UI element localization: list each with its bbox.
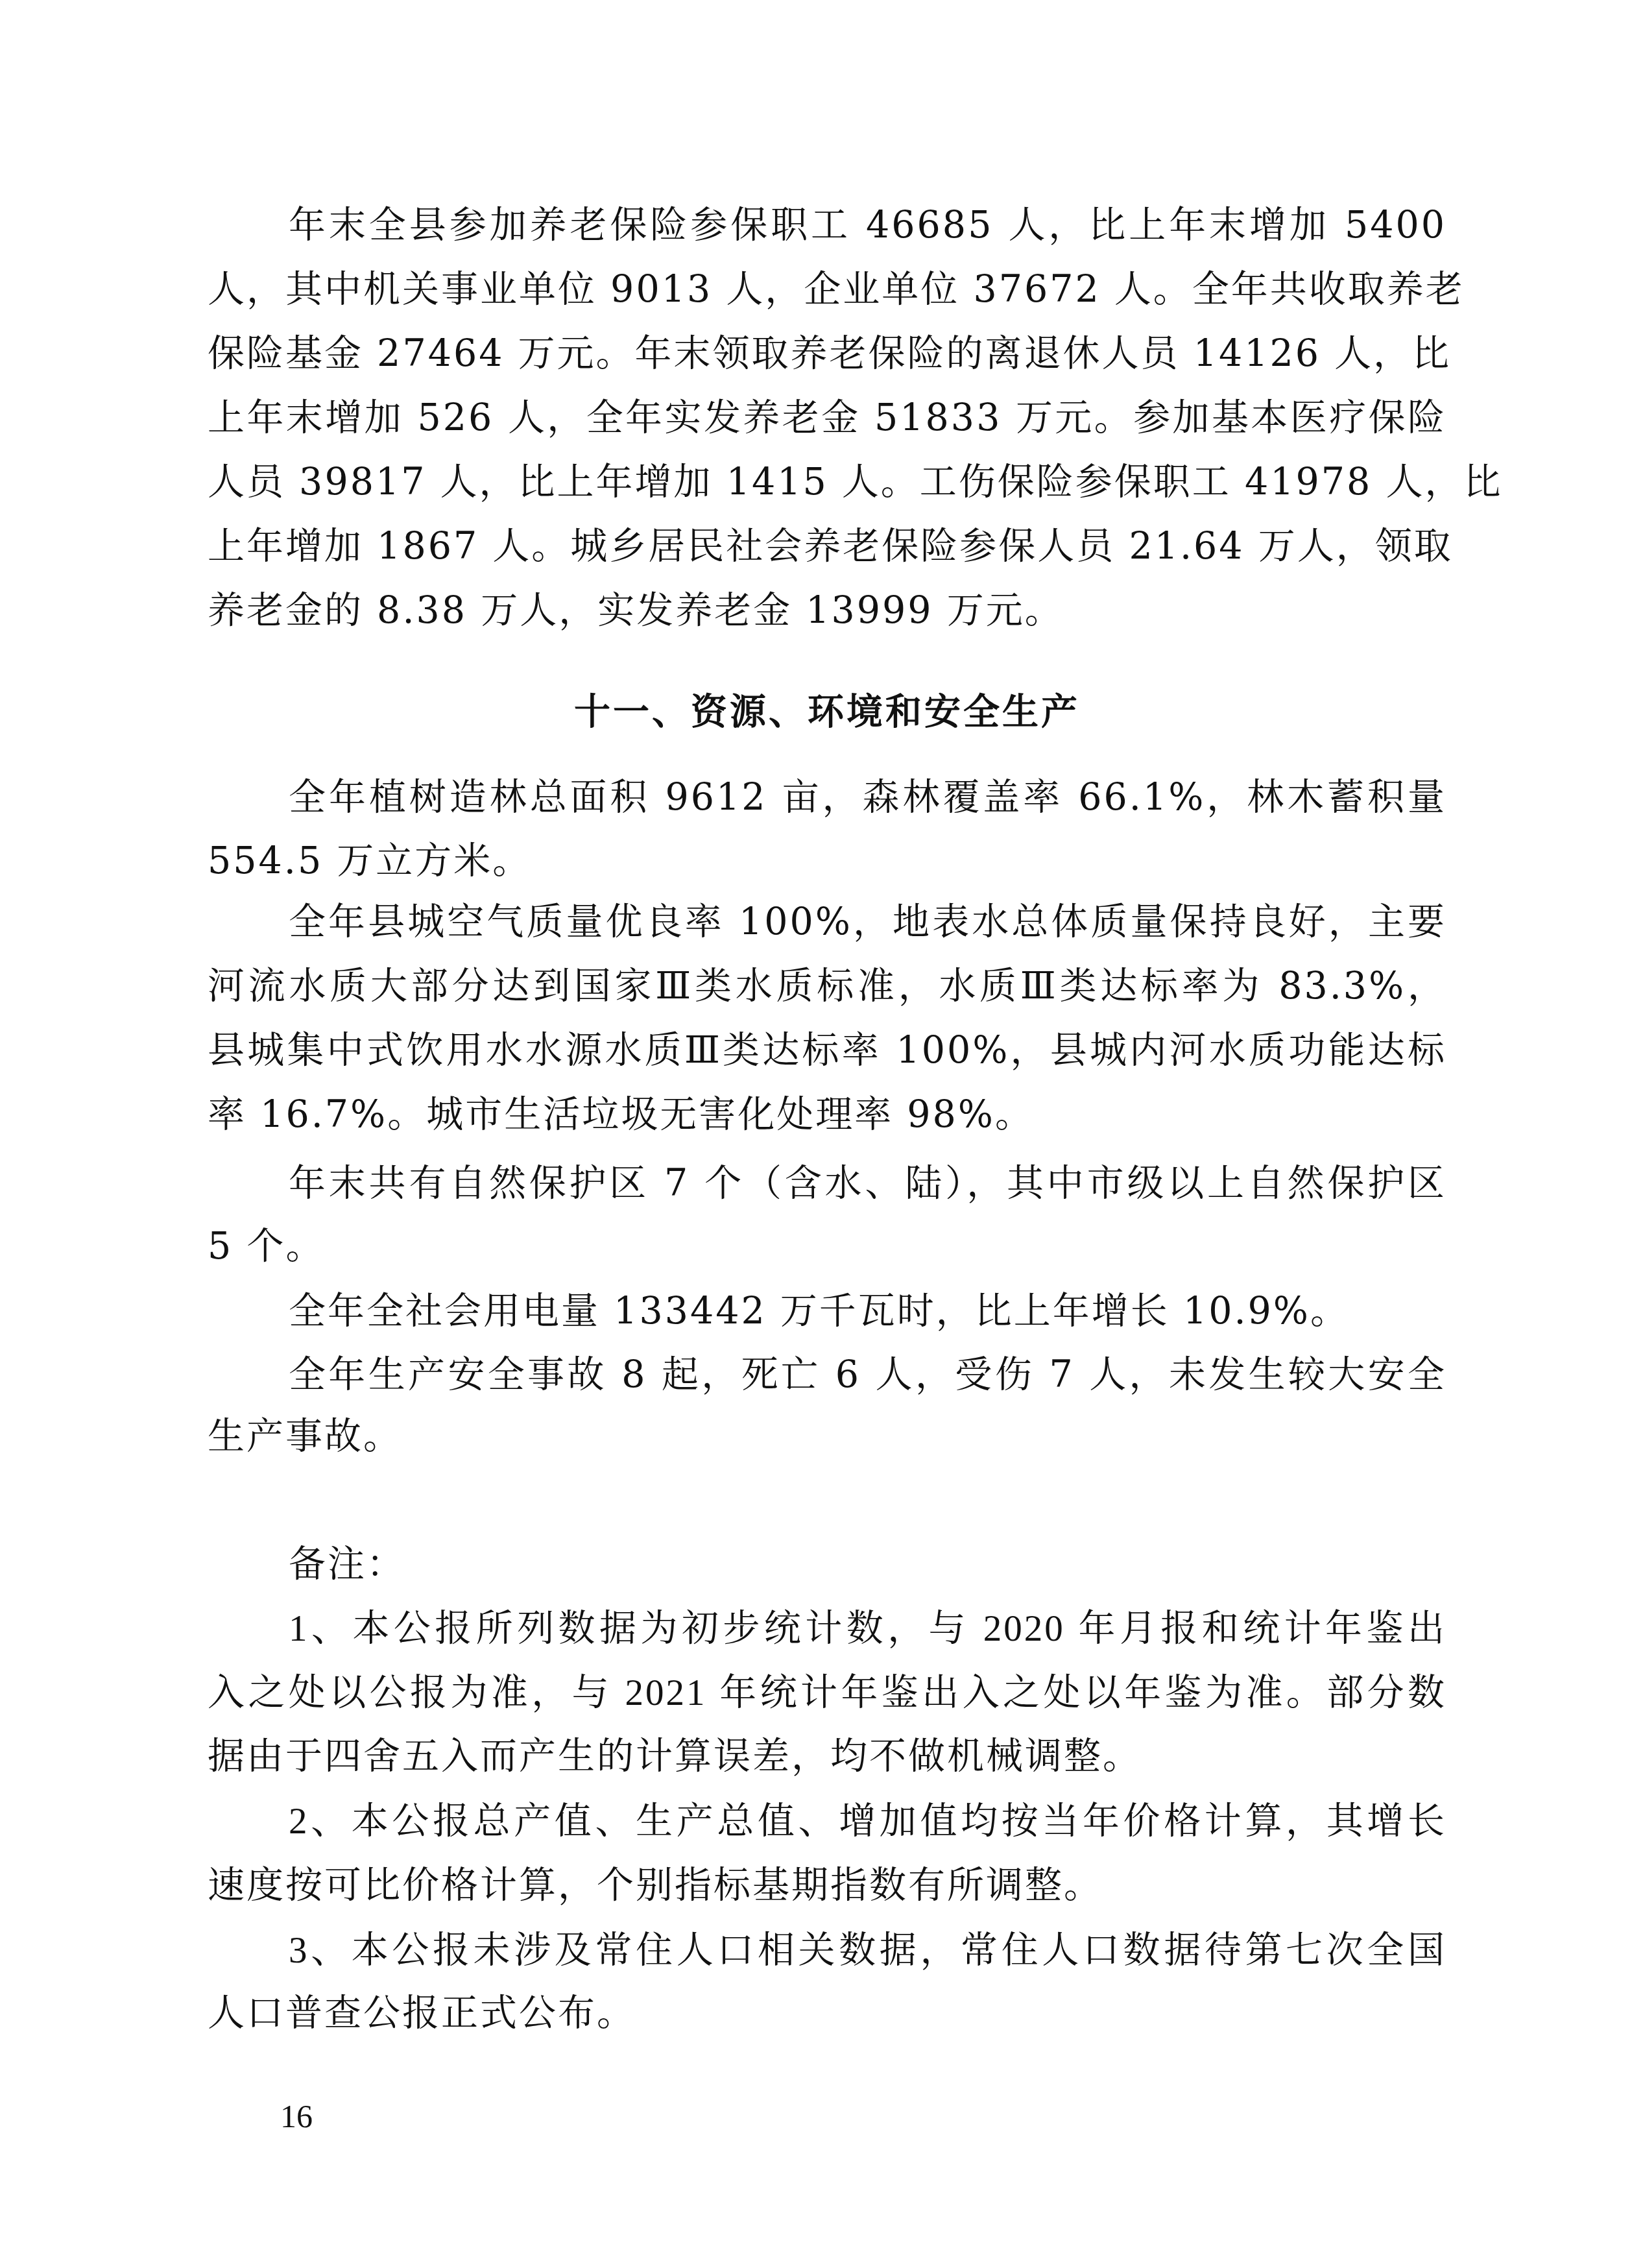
text-line: 全年植树造林总面积 9612 亩，森林覆盖率 66.1%，林木蓄积量	[208, 766, 1446, 830]
text-line: 生产事故。	[208, 1405, 1446, 1469]
text-line: 全年全社会用电量 133442 万千瓦时，比上年增长 10.9%。	[208, 1279, 1446, 1344]
text-line: 1、本公报所列数据为初步统计数，与 2020 年月报和统计年鉴出	[208, 1597, 1446, 1661]
text-line: 上年末增加 526 人，全年实发养老金 51833 万元。参加基本医疗保险	[208, 386, 1446, 450]
text-line: 5 个。	[208, 1214, 1446, 1279]
text-line: 速度按可比价格计算，个别指标基期指数有所调整。	[208, 1853, 1446, 1918]
text-line: 人员 39817 人，比上年增加 1415 人。工伤保险参保职工 41978 人…	[208, 450, 1446, 514]
text-line: 入之处以公报为准，与 2021 年统计年鉴出入之处以年鉴为准。部分数	[208, 1661, 1446, 1725]
document-page: 年末全县参加养老保险参保职工 46685 人，比上年末增加 5400 人，其中机…	[0, 0, 1632, 2268]
text-line: 人，其中机关事业单位 9013 人，企业单位 37672 人。全年共收取养老	[208, 258, 1446, 322]
text-line: 年末共有自然保护区 7 个（含水、陆），其中市级以上自然保护区	[208, 1152, 1446, 1216]
text-line: 全年生产安全事故 8 起，死亡 6 人，受伤 7 人，未发生较大安全	[208, 1343, 1446, 1407]
text-line: 554.5 万立方米。	[208, 829, 1446, 893]
text-line: 上年增加 1867 人。城乡居民社会养老保险参保人员 21.64 万人，领取	[208, 514, 1446, 579]
text-line: 2、本公报总产值、生产总值、增加值均按当年价格计算，其增长	[208, 1789, 1446, 1853]
text-line: 据由于四舍五入而产生的计算误差，均不做机械调整。	[208, 1724, 1446, 1789]
text-line: 养老金的 8.38 万人，实发养老金 13999 万元。	[208, 579, 1446, 643]
text-line: 保险基金 27464 万元。年末领取养老保险的离退休人员 14126 人，比	[208, 322, 1446, 386]
text-line: 年末全县参加养老保险参保职工 46685 人，比上年末增加 5400	[208, 193, 1446, 258]
text-line: 3、本公报未涉及常住人口相关数据，常住人口数据待第七次全国	[208, 1918, 1446, 1983]
text-line: 人口普查公报正式公布。	[208, 1981, 1446, 2045]
text-line: 县城集中式饮用水水源水质Ⅲ类达标率 100%，县城内河水质功能达标	[208, 1019, 1446, 1083]
text-line: 全年县城空气质量优良率 100%，地表水总体质量保持良好，主要	[208, 890, 1446, 954]
section-heading: 十一、资源、环境和安全生产	[208, 680, 1446, 744]
page-number: 16	[280, 2097, 313, 2136]
text-line: 河流水质大部分达到国家Ⅲ类水质标准，水质Ⅲ类达标率为 83.3%，	[208, 954, 1446, 1019]
notes-title: 备注：	[208, 1532, 1446, 1597]
text-line: 率 16.7%。城市生活垃圾无害化处理率 98%。	[208, 1083, 1446, 1147]
